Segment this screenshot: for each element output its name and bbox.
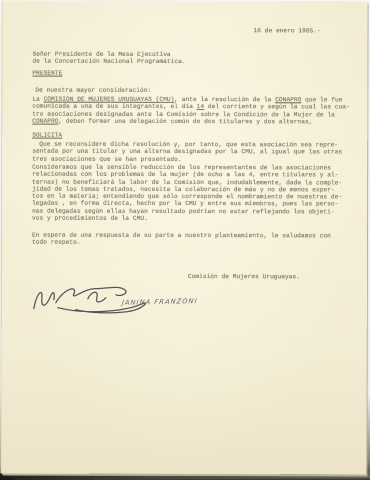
text-run: , deben formar una delegación común de d… xyxy=(58,118,312,126)
letter-page: 16 de enero 1985.- Señor Presidente de l… xyxy=(1,1,367,475)
body-line: tres asociaciones que se han presentado. xyxy=(32,155,342,163)
solicita-heading: SOLICITA xyxy=(32,132,62,139)
recipient-line: de la Concertación Nacional Programática… xyxy=(32,58,185,66)
paragraph-1: La COMISION DE MUJERES URUGUAYAS (CMU), … xyxy=(32,96,350,126)
body-line: vos y procedimientos de la CMU. xyxy=(32,215,342,223)
paragraph-3: Consideramos que la sensible reducción d… xyxy=(32,164,342,223)
recipient-block: Señor Presidente de la Mesa Ejecutiva de… xyxy=(32,51,185,66)
salutation: De nuestra mayor consideración: xyxy=(35,87,151,95)
paragraph-2: Que se reconsidere dicha resolución y, p… xyxy=(32,141,342,164)
body-line: CONAPRO, deben formar una delegación com… xyxy=(32,117,350,125)
text-run: comunicada a una de sus integrantes, el … xyxy=(32,103,196,110)
body-line: todo respeto. xyxy=(32,239,331,247)
letter-date: 16 de enero 1985.- xyxy=(254,27,321,34)
text-run: La xyxy=(32,96,43,103)
text-run-underlined: CONAPRO xyxy=(275,96,301,103)
closing-paragraph: En espera de una respuesta de su parte a… xyxy=(32,232,331,247)
scanned-letter: 16 de enero 1985.- Señor Presidente de l… xyxy=(0,0,370,480)
presente-heading: PRESENTE xyxy=(32,70,62,77)
text-run-underlined: 14 xyxy=(197,103,205,110)
text-run: que le fue xyxy=(301,96,342,103)
text-run-underlined: COMISION DE MUJERES URUGUAYAS (CMU) xyxy=(44,96,175,103)
text-run-underlined: CONAPRO xyxy=(32,117,58,124)
text-run: del corriente y según la cual las cua- xyxy=(204,103,350,110)
text-run: , ante la resolución de la xyxy=(174,96,275,103)
organization-line: Comisión de Mujeres Uruguayas. xyxy=(188,273,300,281)
